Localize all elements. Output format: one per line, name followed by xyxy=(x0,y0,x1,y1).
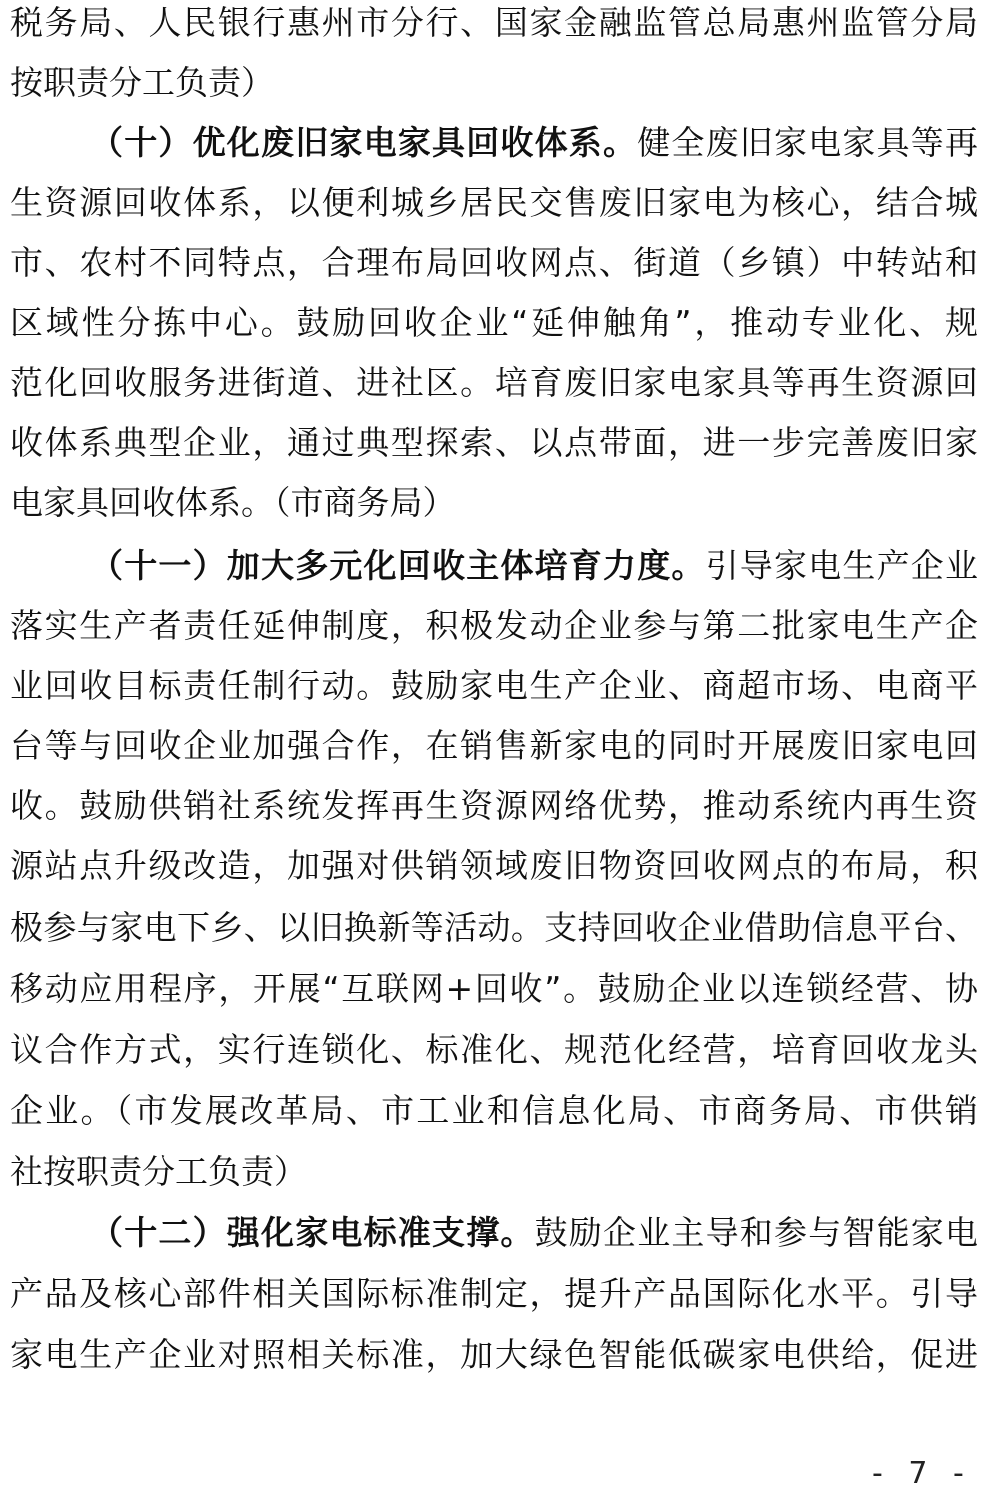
line-text: 企业。（市发展改革局、市工业和信息化局、市商务局、市供销 xyxy=(10,1091,978,1130)
line-text: 落实生产者责任延伸制度，积极发动企业参与第二批家电生产企 xyxy=(10,606,978,645)
line-text: 家电生产企业对照相关标准，加大绿色智能低碳家电供给，促进 xyxy=(10,1335,978,1374)
text-line-22: 产品及核心部件相关国际标准制定，提升产品国际化水平。引导 xyxy=(10,1271,978,1331)
text-line-1: 税务局、人民银行惠州市分行、国家金融监管总局惠州监管分局 xyxy=(10,0,978,60)
text-line-11: 落实生产者责任延伸制度，积极发动企业参与第二批家电生产企 xyxy=(10,603,978,663)
heading-text: （十）优化废旧家电家具回收体系。 xyxy=(90,123,637,162)
text-line-8: 收体系典型企业，通过典型探索、以点带面，进一步完善废旧家 xyxy=(10,420,978,480)
line-text: 极参与家电下乡、以旧换新等活动。支持回收企业借助信息平台、 xyxy=(10,908,978,947)
text-line-9: 电家具回收体系。（市商务局） xyxy=(10,480,978,540)
line-text: 议合作方式，实行连锁化、标准化、规范化经营，培育回收龙头 xyxy=(10,1030,978,1069)
text-line-17: 移动应用程序，开展“互联网+回收”。鼓励企业以连锁经营、协 xyxy=(10,966,978,1026)
line-text: 业回收目标责任制行动。鼓励家电生产企业、商超市场、电商平 xyxy=(10,666,978,705)
text-line-16: 极参与家电下乡、以旧换新等活动。支持回收企业借助信息平台、 xyxy=(10,905,978,965)
line-text: 生资源回收体系，以便利城乡居民交售废旧家电为核心，结合城 xyxy=(10,183,978,222)
text-line-19: 企业。（市发展改革局、市工业和信息化局、市商务局、市供销 xyxy=(10,1088,978,1148)
line-text: 社按职责分工负责） xyxy=(10,1152,307,1191)
line-text: 市、农村不同特点，合理布局回收网点、街道（乡镇）中转站和 xyxy=(10,243,978,282)
section-heading-11: （十一）加大多元化回收主体培育力度。引导家电生产企业 xyxy=(10,543,978,603)
line-text: 收体系典型企业，通过典型探索、以点带面，进一步完善废旧家 xyxy=(10,423,978,462)
line-text: 范化回收服务进街道、进社区。培育废旧家电家具等再生资源回 xyxy=(10,363,978,402)
section-heading-12: （十二）强化家电标准支撑。鼓励企业主导和参与智能家电 xyxy=(10,1210,978,1270)
line-text: 区域性分拣中心。鼓励回收企业“延伸触角”，推动专业化、规 xyxy=(10,303,978,342)
text-line-5: 市、农村不同特点，合理布局回收网点、街道（乡镇）中转站和 xyxy=(10,240,978,300)
heading-text: （十二）强化家电标准支撑。 xyxy=(90,1213,535,1252)
line-text: 电家具回收体系。（市商务局） xyxy=(10,483,456,522)
section-heading-10: （十）优化废旧家电家具回收体系。健全废旧家电家具等再 xyxy=(10,120,978,180)
line-text: 引导家电生产企业 xyxy=(706,546,978,585)
line-text: 鼓励企业主导和参与智能家电 xyxy=(535,1213,978,1252)
text-line-23: 家电生产企业对照相关标准，加大绿色智能低碳家电供给，促进 xyxy=(10,1332,978,1392)
text-line-18: 议合作方式，实行连锁化、标准化、规范化经营，培育回收龙头 xyxy=(10,1027,978,1087)
line-text: 健全废旧家电家具等再 xyxy=(637,123,978,162)
text-line-12: 业回收目标责任制行动。鼓励家电生产企业、商超市场、电商平 xyxy=(10,663,978,723)
line-text: 移动应用程序，开展“互联网+回收”。鼓励企业以连锁经营、协 xyxy=(10,969,978,1008)
line-text: 收。鼓励供销社系统发挥再生资源网络优势，推动系统内再生资 xyxy=(10,786,978,825)
line-text: 税务局、人民银行惠州市分行、国家金融监管总局惠州监管分局 xyxy=(10,3,978,42)
text-line-2: 按职责分工负责） xyxy=(10,60,978,120)
text-line-14: 收。鼓励供销社系统发挥再生资源网络优势，推动系统内再生资 xyxy=(10,783,978,843)
text-line-13: 台等与回收企业加强合作，在销售新家电的同时开展废旧家电回 xyxy=(10,723,978,783)
line-text: 产品及核心部件相关国际标准制定，提升产品国际化水平。引导 xyxy=(10,1274,978,1313)
line-text: 台等与回收企业加强合作，在销售新家电的同时开展废旧家电回 xyxy=(10,726,978,765)
text-line-20: 社按职责分工负责） xyxy=(10,1149,978,1209)
text-line-7: 范化回收服务进街道、进社区。培育废旧家电家具等再生资源回 xyxy=(10,360,978,420)
line-text: 源站点升级改造，加强对供销领域废旧物资回收网点的布局，积 xyxy=(10,846,978,885)
page-number: - 7 - xyxy=(872,1456,972,1492)
text-line-4: 生资源回收体系，以便利城乡居民交售废旧家电为核心，结合城 xyxy=(10,180,978,240)
text-line-6: 区域性分拣中心。鼓励回收企业“延伸触角”，推动专业化、规 xyxy=(10,300,978,360)
line-text: 按职责分工负责） xyxy=(10,63,274,102)
heading-text: （十一）加大多元化回收主体培育力度。 xyxy=(90,546,706,585)
text-line-15: 源站点升级改造，加强对供销领域废旧物资回收网点的布局，积 xyxy=(10,843,978,903)
